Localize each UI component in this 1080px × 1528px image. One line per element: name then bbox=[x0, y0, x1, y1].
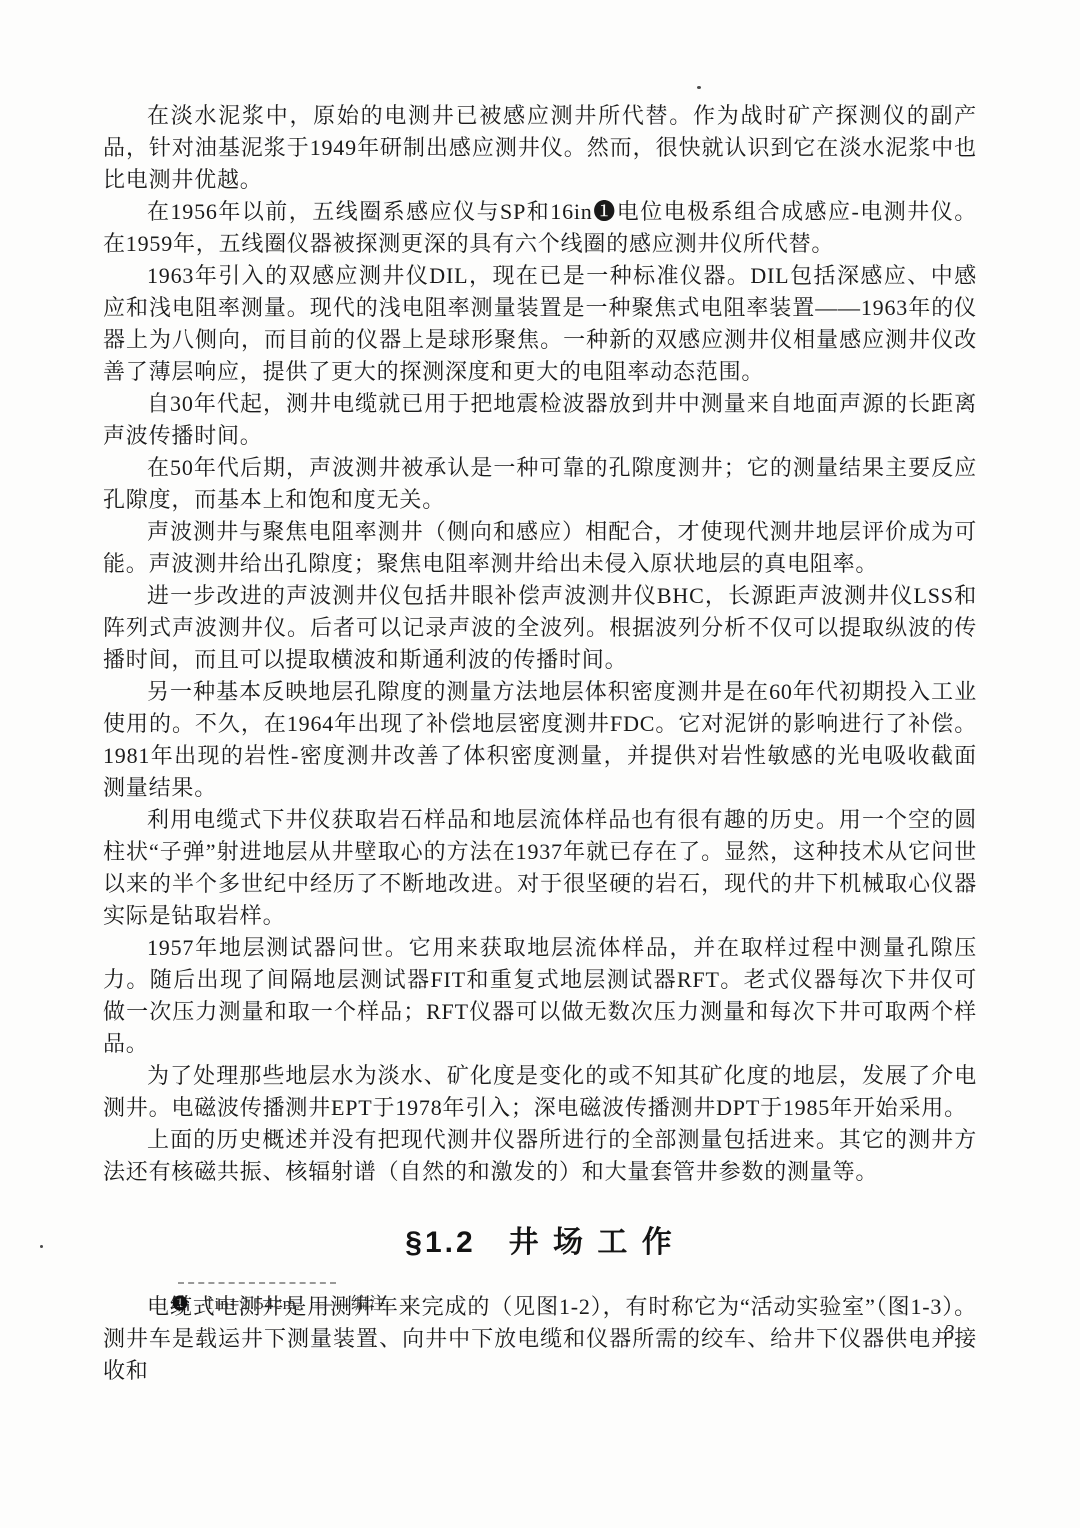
paragraph: 为了处理那些地层水为淡水、矿化度是变化的或不知其矿化度的地层，发展了介电测井。电… bbox=[103, 1060, 977, 1124]
section-heading: §1.2 井 场 工 作 bbox=[103, 1222, 977, 1264]
paragraph: 在1956年以前，五线圈系感应仪与SP和16in❶电位电极系组合成感应-电测井仪… bbox=[103, 196, 977, 260]
paragraph: 1963年引入的双感应测井仪DIL，现在已是一种标准仪器。DIL包括深感应、中感… bbox=[103, 260, 977, 388]
page-content: 在淡水泥浆中，原始的电测井已被感应测井所代替。作为战时矿产探测仪的副产品，针对油… bbox=[103, 100, 977, 1387]
scanned-page: 在淡水泥浆中，原始的电测井已被感应测井所代替。作为战时矿产探测仪的副产品，针对油… bbox=[0, 0, 1080, 1528]
footnote-marker-icon: ❶ bbox=[172, 1296, 189, 1313]
paragraph: 在50年代后期，声波测井被承认是一种可靠的孔隙度测井；它的测量结果主要反应孔隙度… bbox=[103, 452, 977, 516]
scan-speck bbox=[697, 86, 701, 89]
paragraph: 另一种基本反映地层孔隙度的测量方法地层体积密度测井是在60年代初期投入工业使用的… bbox=[103, 676, 977, 804]
paragraph: 在淡水泥浆中，原始的电测井已被感应测井所代替。作为战时矿产探测仪的副产品，针对油… bbox=[103, 100, 977, 196]
page-number: 3 bbox=[944, 1320, 955, 1345]
paragraph: 利用电缆式下井仪获取岩石样品和地层流体样品也有很有趣的历史。用一个空的圆柱状“子… bbox=[103, 804, 977, 932]
footnote-text: 1in=2.54cm。——编注 bbox=[205, 1294, 387, 1313]
footnote-separator bbox=[178, 1282, 336, 1284]
paragraph: 声波测井与聚焦电阻率测井（侧向和感应）相配合，才使现代测井地层评价成为可能。声波… bbox=[103, 516, 977, 580]
paragraph: 自30年代起，测井电缆就已用于把地震检波器放到井中测量来自地面声源的长距离声波传… bbox=[103, 388, 977, 452]
scan-speck bbox=[40, 1245, 43, 1248]
footnote: ❶1in=2.54cm。——编注 bbox=[172, 1293, 387, 1316]
paragraph: 上面的历史概述并没有把现代测井仪器所进行的全部测量包括进来。其它的测井方法还有核… bbox=[103, 1124, 977, 1188]
paragraph: 1957年地层测试器问世。它用来获取地层流体样品，并在取样过程中测量孔隙压力。随… bbox=[103, 932, 977, 1060]
paragraph: 进一步改进的声波测井仪包括井眼补偿声波测井仪BHC，长源距声波测井仪LSS和阵列… bbox=[103, 580, 977, 676]
